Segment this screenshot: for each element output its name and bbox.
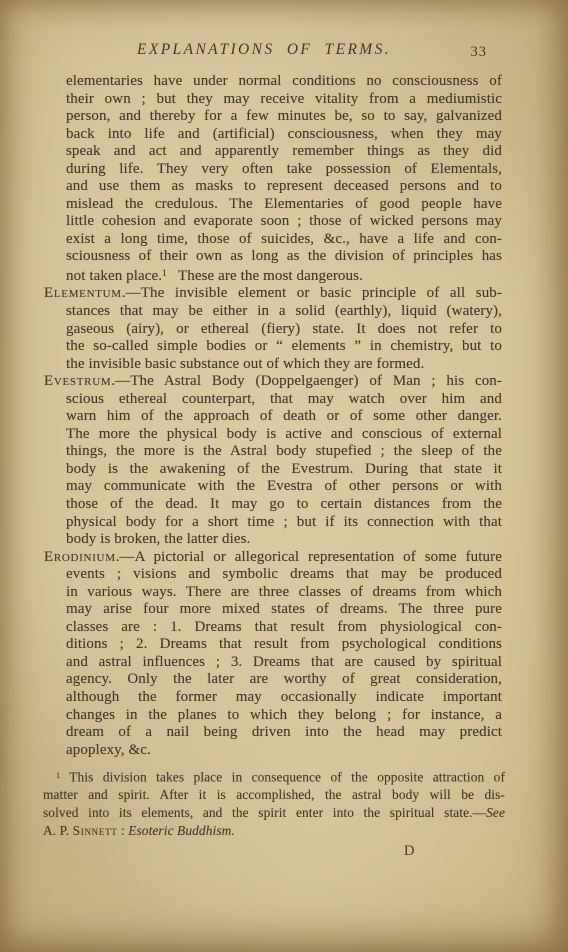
text-line: speak and act and apparently remember th… <box>66 143 502 161</box>
text-line: solved into its elements, and the spirit… <box>43 804 505 822</box>
text-segment: .—The Astral Body (Doppelgaenger) of Man… <box>111 373 502 389</box>
text-segment: mislead the credulous. The Elementaries … <box>66 196 502 212</box>
small-caps-text: Evestrum <box>44 373 111 389</box>
text-segment: things, the more is the Astral body stup… <box>66 443 502 459</box>
text-line: Erodinium.—A pictorial or allegorical re… <box>44 549 502 567</box>
text-segment: the invisible basic substance out of whi… <box>66 356 424 372</box>
text-line: the invisible basic substance out of whi… <box>66 356 502 374</box>
text-segment: gaseous (airy), or ethereal (fiery) stat… <box>66 321 502 337</box>
text-line: Elementum.—The invisible element or basi… <box>44 285 502 303</box>
italic-text: Esoteric Buddhism. <box>128 823 235 838</box>
small-caps-text: Elementum <box>44 285 122 301</box>
text-segment: dream of a nail being driven into the he… <box>66 724 502 740</box>
text-line: things, the more is the Astral body stup… <box>66 443 502 461</box>
text-segment: their own ; but they may receive vitalit… <box>66 91 502 107</box>
text-segment: events ; visions and symbolic dreams tha… <box>66 566 502 582</box>
text-line: stances that may be either in a solid (e… <box>66 303 502 321</box>
text-segment: elementaries have under normal condition… <box>66 73 502 89</box>
text-segment: : <box>117 823 128 838</box>
text-segment: body is the awakening of the Evestrum. D… <box>66 461 502 477</box>
text-line: not taken place.1 These are the most dan… <box>66 266 502 285</box>
entry-erodinium: Erodinium.—A pictorial or allegorical re… <box>44 549 502 760</box>
text-line: 1 This division takes place in consequen… <box>43 767 505 786</box>
text-line: back into life and (artificial) consciou… <box>66 126 502 144</box>
text-line: apoplexy, &c. <box>66 742 502 760</box>
text-segment: matter and spirit. After it is accomplis… <box>43 787 505 802</box>
text-line: agency. Only the later are worthy of gre… <box>66 671 502 689</box>
text-segment: back into life and (artificial) consciou… <box>66 126 502 142</box>
text-line: body is broken, the latter dies. <box>66 531 502 549</box>
text-segment: .—The invisible element or basic princip… <box>122 285 502 301</box>
text-line: physical body for a short time ; but if … <box>66 514 502 532</box>
text-line: and astral influences ; 3. Dreams that a… <box>66 654 502 672</box>
text-segment: ditions ; 2. Dreams that result from psy… <box>66 636 502 652</box>
text-segment: those of the dead. It may go to certain … <box>66 496 502 512</box>
book-page: EXPLANATIONS OF TERMS. 33 elementaries h… <box>0 0 568 952</box>
text-segment: may communicate with the Evestra of othe… <box>66 478 502 494</box>
continuation-paragraph: elementaries have under normal condition… <box>44 73 502 285</box>
text-line: exist a long time, those of suicides, &c… <box>66 231 502 249</box>
text-line: body is the awakening of the Evestrum. D… <box>66 461 502 479</box>
text-segment: may arise four more mixed states of drea… <box>66 601 502 617</box>
text-line: little cohesion and evaporate soon ; tho… <box>66 213 502 231</box>
text-line: matter and spirit. After it is accomplis… <box>43 786 505 804</box>
text-line: ditions ; 2. Dreams that result from psy… <box>66 636 502 654</box>
footnote: 1 This division takes place in consequen… <box>43 767 505 840</box>
text-line: may communicate with the Evestra of othe… <box>66 478 502 496</box>
text-line: mislead the credulous. The Elementaries … <box>66 196 502 214</box>
text-line: Evestrum.—The Astral Body (Doppelgaenger… <box>44 373 502 391</box>
text-line: in various ways. There are three classes… <box>66 584 502 602</box>
entry-evestrum: Evestrum.—The Astral Body (Doppelgaenger… <box>44 373 502 548</box>
entry-elementum: Elementum.—The invisible element or basi… <box>44 285 502 373</box>
text-segment: the so-called simple bodies or “ element… <box>66 338 502 354</box>
text-segment: The more the physical body is active and… <box>66 426 502 442</box>
text-line: sciousness of their own as long as the d… <box>66 248 502 266</box>
text-line: scious ethereal counterpart, that may wa… <box>66 391 502 409</box>
text-segment: changes in the planes to which they belo… <box>66 707 502 723</box>
page-number: 33 <box>471 44 488 61</box>
small-caps-text: Sinnett <box>73 823 118 838</box>
text-segment: in various ways. There are three classes… <box>66 584 502 600</box>
text-segment: solved into its elements, and the spirit… <box>43 805 486 820</box>
text-line: during life. They very often take posses… <box>66 161 502 179</box>
text-segment: not taken place. <box>66 268 162 284</box>
page-header: EXPLANATIONS OF TERMS. 33 <box>44 41 502 63</box>
text-segment: and use them as masks to represent decea… <box>66 178 502 194</box>
text-segment: .—A pictorial or allegorical representat… <box>116 549 502 565</box>
text-line: dream of a nail being driven into the he… <box>66 724 502 742</box>
text-line: those of the dead. It may go to certain … <box>66 496 502 514</box>
text-segment: stances that may be either in a solid (e… <box>66 303 502 319</box>
text-segment: scious ethereal counterpart, that may wa… <box>66 391 502 407</box>
text-line: A. P. Sinnett : Esoteric Buddhism. <box>43 822 505 840</box>
text-segment: apoplexy, &c. <box>66 742 151 758</box>
text-segment: little cohesion and evaporate soon ; tho… <box>66 213 502 229</box>
text-segment: physical body for a short time ; but if … <box>66 514 502 530</box>
text-segment: agency. Only the later are worthy of gre… <box>66 671 502 687</box>
body-text: elementaries have under normal condition… <box>44 73 502 759</box>
text-line: classes are : 1. Dreams that result from… <box>66 619 502 637</box>
text-segment: during life. They very often take posses… <box>66 161 502 177</box>
text-line: although the former may occasionally ind… <box>66 689 502 707</box>
text-segment: warn him of the approach of death or of … <box>66 408 502 424</box>
text-line: The more the physical body is active and… <box>66 426 502 444</box>
text-segment: although the former may occasionally ind… <box>66 689 502 705</box>
text-line: warn him of the approach of death or of … <box>66 408 502 426</box>
text-segment: This division takes place in consequence… <box>60 769 505 784</box>
printer-signature: D <box>404 843 415 860</box>
text-line: the so-called simple bodies or “ element… <box>66 338 502 356</box>
text-line: elementaries have under normal condition… <box>66 73 502 91</box>
text-line: gaseous (airy), or ethereal (fiery) stat… <box>66 321 502 339</box>
text-line: person, and thereby for a few minutes be… <box>66 108 502 126</box>
text-segment: sciousness of their own as long as the d… <box>66 248 502 264</box>
text-segment: exist a long time, those of suicides, &c… <box>66 231 502 247</box>
running-title: EXPLANATIONS OF TERMS. <box>35 41 493 59</box>
text-segment: and astral influences ; 3. Dreams that a… <box>66 654 502 670</box>
text-segment: These are the most dangerous. <box>167 268 363 284</box>
text-line: may arise four more mixed states of drea… <box>66 601 502 619</box>
text-line: events ; visions and symbolic dreams tha… <box>66 566 502 584</box>
text-line: changes in the planes to which they belo… <box>66 707 502 725</box>
text-segment: A. P. <box>43 823 73 838</box>
small-caps-text: Erodinium <box>44 549 116 565</box>
text-segment: body is broken, the latter dies. <box>66 531 250 547</box>
text-line: their own ; but they may receive vitalit… <box>66 91 502 109</box>
text-line: and use them as masks to represent decea… <box>66 178 502 196</box>
italic-text: See <box>486 805 505 820</box>
text-segment: classes are : 1. Dreams that result from… <box>66 619 502 635</box>
text-segment: person, and thereby for a few minutes be… <box>66 108 502 124</box>
text-segment: speak and act and apparently remember th… <box>66 143 502 159</box>
